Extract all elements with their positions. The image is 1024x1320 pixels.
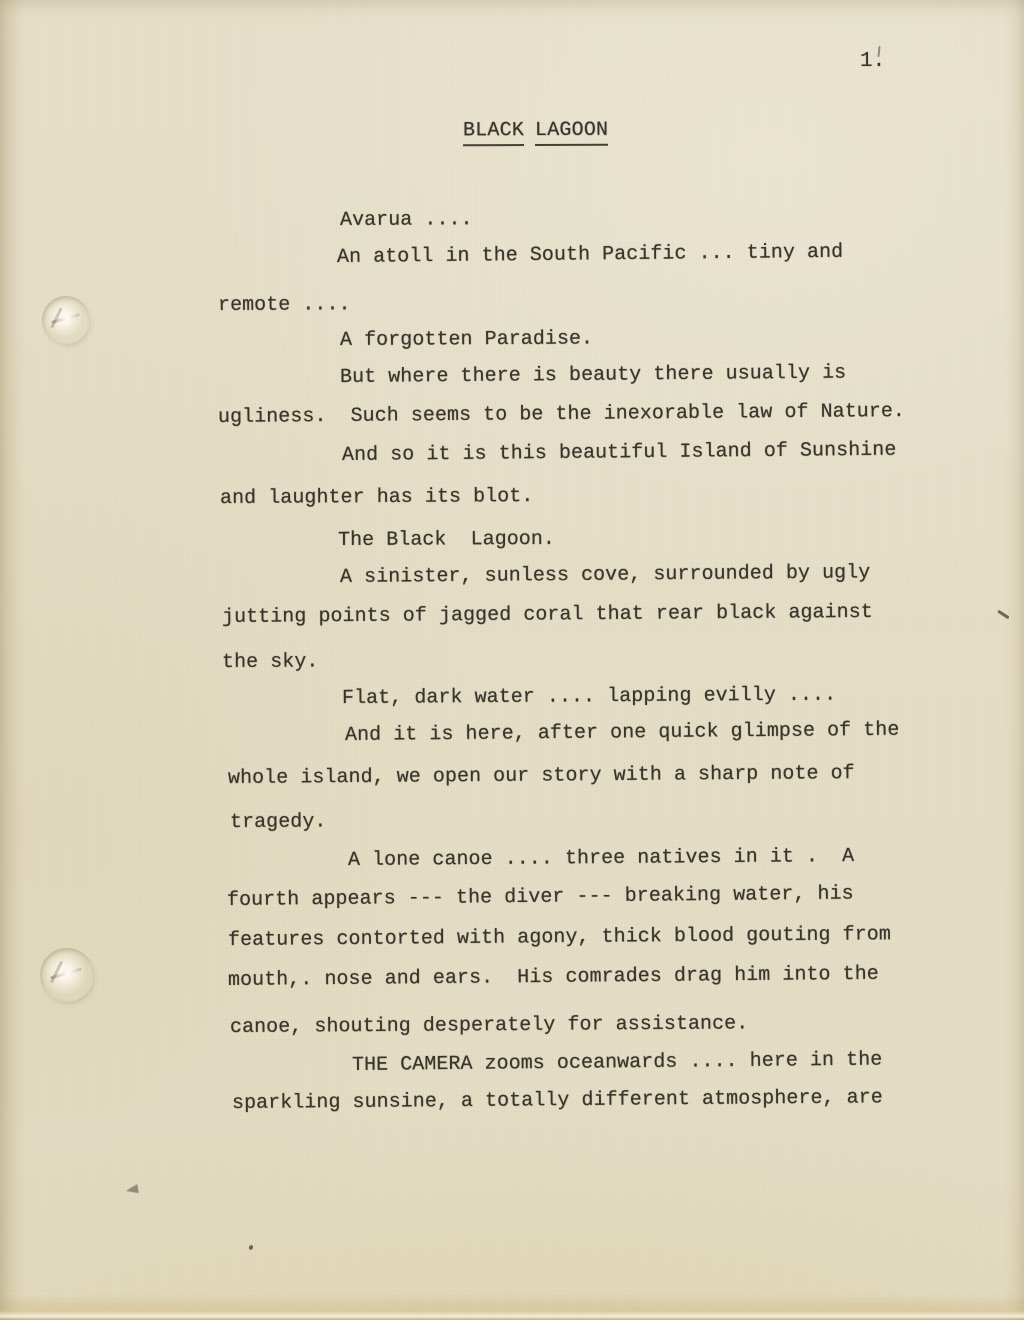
pinhole-top [42, 296, 90, 344]
page-number: 1. [860, 51, 885, 72]
script-line: But where there is beauty there usually … [340, 364, 846, 388]
script-line: tragedy. [230, 812, 327, 833]
script-line: A lone canoe .... three natives in it . … [348, 847, 854, 871]
page-bottom-edge [0, 1294, 1024, 1320]
script-line: whole island, we open our story with a s… [228, 764, 855, 789]
script-line: THE CAMERA zooms oceanwards .... here in… [352, 1050, 882, 1076]
script-line: A forgotten Paradise. [340, 329, 593, 351]
script-line: canoe, shouting desperately for assistan… [230, 1014, 748, 1038]
ink-speck [248, 1244, 254, 1250]
script-line: jutting points of jagged coral that rear… [222, 603, 873, 628]
script-line: sparkling sunsine, a totally different a… [232, 1088, 883, 1114]
script-line: fourth appears --- the diver --- breakin… [227, 884, 854, 911]
script-line: and laughter has its blot. [220, 487, 533, 509]
pinhole-bottom [40, 948, 94, 1002]
script-line: An atoll in the South Pacific ... tiny a… [337, 243, 843, 268]
paper-flaw-mark [125, 1184, 138, 1195]
pen-mark [997, 610, 1009, 619]
script-line: Avarua .... [340, 210, 473, 231]
edge-crease-upper [0, 288, 7, 310]
script-line: the sky. [222, 652, 319, 673]
script-line: And it is here, after one quick glimpse … [345, 721, 900, 746]
script-line: And so it is this beautiful Island of Su… [342, 441, 897, 466]
script-line: remote .... [218, 295, 351, 316]
script-line: A sinister, sunless cove, surrounded by … [340, 563, 870, 588]
script-line: ugliness. Such seems to be the inexorabl… [218, 402, 905, 428]
script-line: Flat, dark water .... lapping evilly ...… [342, 686, 836, 709]
edge-crease-lower [0, 438, 7, 466]
title-word-lagoon: LAGOON [535, 121, 608, 146]
script-line: The Black Lagoon. [338, 530, 555, 551]
paper-texture-overlay [0, 0, 1024, 1320]
script-line: features contorted with agony, thick blo… [228, 925, 891, 951]
document-title: BLACKLAGOON [463, 121, 608, 147]
title-word-black: BLACK [463, 121, 524, 146]
script-line: mouth,. nose and ears. His comrades drag… [228, 965, 879, 991]
manuscript-page: 1. BLACKLAGOON Avarua ....An atoll in th… [0, 0, 1024, 1320]
